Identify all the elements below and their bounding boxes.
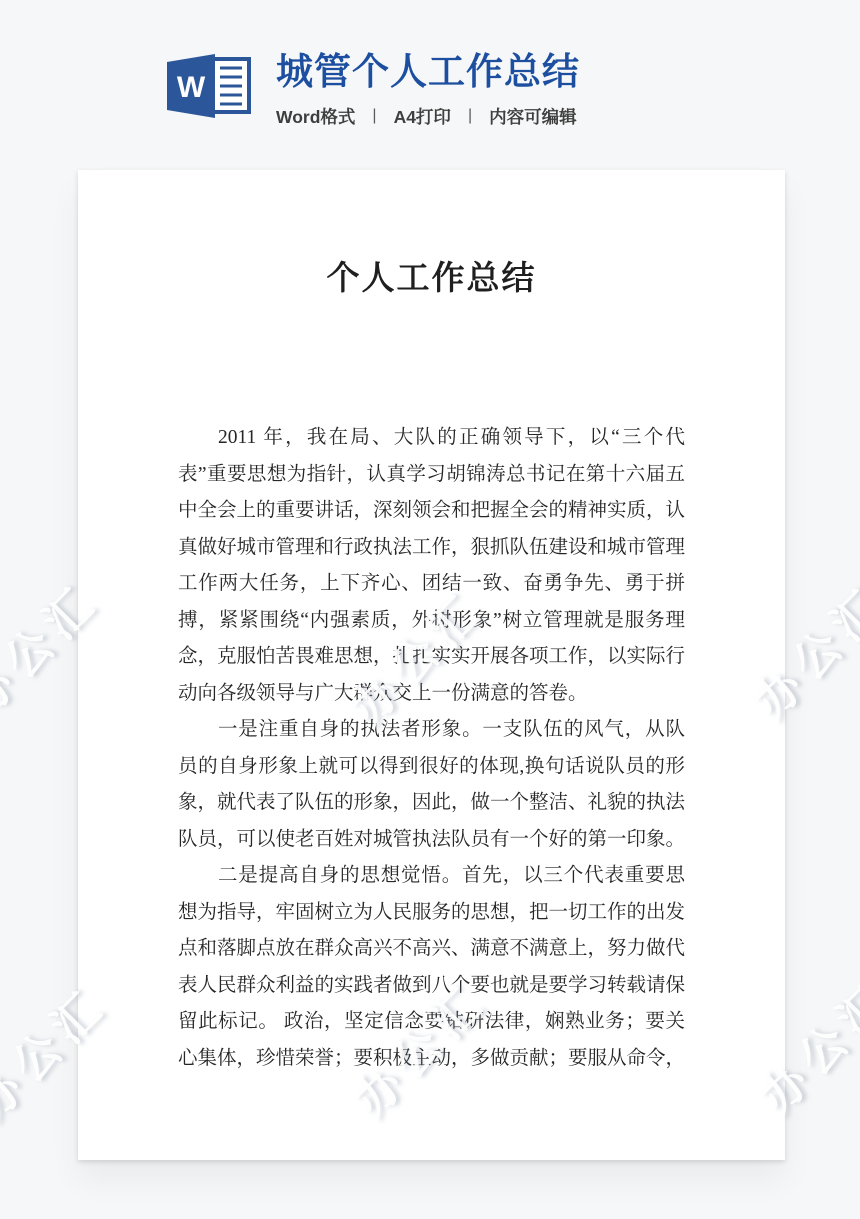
meta-separator-icon: | [468, 107, 472, 125]
word-icon-letter: W [177, 71, 206, 104]
paragraph-1: 2011 年，我在局、大队的正确领导下，以“三个代表”重要思想为指针，认真学习胡… [178, 420, 685, 712]
paragraph-3: 二是提高自身的思想觉悟。首先，以三个代表重要思想为指导，牢固树立为人民服务的思想… [178, 858, 685, 1077]
document-body-title: 个人工作总结 [78, 252, 785, 299]
paragraph-2: 一是注重自身的执法者形象。一支队伍的风气，从队员的自身形象上就可以得到很好的体现… [178, 712, 685, 858]
document-meta: Word格式 | A4打印 | 内容可编辑 [276, 104, 580, 129]
ms-word-icon: W [163, 50, 258, 122]
meta-separator-icon: | [372, 107, 376, 125]
meta-print-label: A4打印 [394, 104, 451, 129]
document-body: 2011 年，我在局、大队的正确领导下，以“三个代表”重要思想为指针，认真学习胡… [178, 420, 685, 1077]
document-page: 个人工作总结 2011 年，我在局、大队的正确领导下，以“三个代表”重要思想为指… [78, 170, 785, 1160]
header-text: 城管个人工作总结 Word格式 | A4打印 | 内容可编辑 [276, 50, 580, 129]
meta-editable-label: 内容可编辑 [489, 104, 577, 129]
meta-format-label: Word格式 [276, 104, 355, 129]
document-header: W 城管个人工作总结 Word格式 | A4打印 | 内容可编辑 [163, 50, 580, 129]
document-title-link[interactable]: 城管个人工作总结 [276, 52, 580, 93]
